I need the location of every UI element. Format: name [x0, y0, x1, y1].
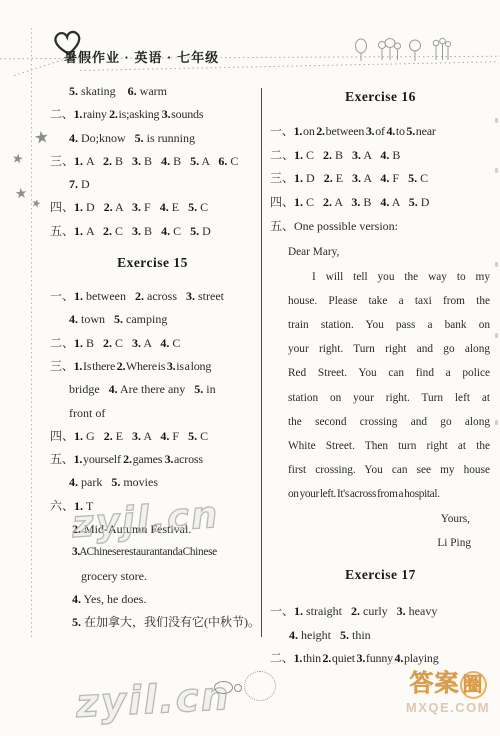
answer-row: 5. skating 6. warm — [50, 80, 255, 103]
answer-row: 4. town 5. camping — [50, 308, 255, 331]
page-edge-mark — [495, 118, 498, 123]
star-icon: ★ — [11, 151, 25, 166]
trees-doodle-icon — [352, 36, 457, 69]
answer-row: 二、1. B 2. C 3. A 4. C — [50, 332, 255, 355]
answer-row: 四、1. G 2. E 3. A 4. F 5. C — [50, 425, 255, 448]
page-title: 暑假作业 · 英语 · 七年级 — [64, 47, 219, 66]
thought-bubble-icon — [244, 671, 276, 701]
thought-bubble-icon — [214, 681, 233, 694]
answer-row: 二、1. thin 2. quiet 3. funny 4. playing — [270, 647, 491, 671]
letter-block: Dear Mary, I will tell you the way to my… — [288, 240, 490, 554]
logo-text: 答案圈 — [398, 670, 498, 699]
answer-row: bridge 4. Are there any 5. in — [50, 378, 255, 401]
letter-line: the second crossing and go along — [288, 410, 490, 434]
answer-column-right: Exercise 16 一、1. on 2. between 3. of 4. … — [270, 86, 491, 671]
page-edge-mark — [495, 333, 498, 338]
answer-row: 4. Yes, he does. — [50, 588, 255, 611]
answer-row: 一、1. between 2. across 3. street — [50, 285, 255, 308]
answer-row: 四、1. C 2. A 3. B 4. A 5. D — [270, 191, 491, 215]
letter-salutation: Dear Mary, — [288, 240, 490, 264]
answer-column-left: 5. skating 6. warm 二、1. rainy 2. is;aski… — [50, 80, 255, 635]
dotted-line-vertical — [31, 28, 32, 640]
letter-line: train station. You pass a bank on — [288, 313, 490, 337]
answer-row: 4. Do;know 5. is running — [50, 127, 255, 150]
letter-line: I will tell you the way to my — [288, 265, 490, 289]
exercise-heading: Exercise 17 — [270, 564, 491, 586]
column-divider — [261, 88, 262, 637]
answer-row: 三、1. D 2. E 3. A 4. F 5. C — [270, 167, 491, 191]
answer-row: 五、One possible version: — [270, 215, 491, 239]
scanned-answer-page: 暑假作业 · 英语 · 七年级 ★ ★ ★ ★ 5. skating 6. wa… — [0, 0, 500, 736]
page-edge-mark — [495, 262, 498, 267]
signature-line: Yours, — [288, 507, 490, 531]
page-edge-mark — [495, 420, 498, 425]
letter-line: your right. Turn right and go along — [288, 337, 490, 361]
star-icon: ★ — [30, 198, 42, 211]
letter-line: house. Please take a taxi from the — [288, 289, 490, 313]
signature-line: Li Ping — [288, 531, 490, 555]
answer-row: 二、1. C 2. B 3. A 4. B — [270, 144, 491, 168]
answer-row: 4. height 5. thin — [270, 624, 491, 648]
star-icon: ★ — [33, 128, 50, 147]
page-edge-mark — [495, 168, 498, 173]
exercise-heading: Exercise 16 — [270, 86, 491, 108]
answer-row: 三、1. A 2. B 3. B 4. B 5. A 6. C — [50, 150, 255, 173]
answer-row: front of — [50, 402, 255, 425]
exercise-heading: Exercise 15 — [50, 252, 255, 274]
answer-row: 一、1. on 2. between 3. of 4. to 5. near — [270, 120, 491, 144]
star-icon: ★ — [14, 187, 28, 202]
answer-row: 二、1. rainy 2. is;asking 3. sounds — [50, 103, 255, 126]
letter-line: Red Street. You can find a police — [288, 361, 490, 385]
letter-line: station on your right. Turn left at — [288, 386, 490, 410]
site-logo: 答案圈 MXQE.COM — [398, 670, 498, 715]
answer-row: 五、1. yourself 2. games 3. across — [50, 448, 255, 471]
answer-row: grocery store. — [50, 565, 255, 588]
answer-row: 7. D — [50, 173, 255, 196]
answer-row: 五、1. A 2. C 3. B 4. C 5. D — [50, 220, 255, 243]
answer-row: 四、1. D 2. A 3. F 4. E 5. C — [50, 196, 255, 219]
letter-line: White Street. Then turn right at the — [288, 434, 490, 458]
answer-row: 5. 在加拿大，我们没有它(中秋节)。 — [50, 611, 255, 634]
logo-site-url: MXQE.COM — [398, 700, 498, 715]
answer-row: 4. park 5. movies — [50, 471, 255, 494]
watermark-text: zyil.cn — [75, 674, 232, 727]
answer-row: 一、1. straight 2. curly 3. heavy — [270, 600, 491, 624]
logo-circle-badge: 圈 — [460, 671, 487, 699]
answer-row: 三、1. Is there 2. Where is 3. is a long — [50, 355, 255, 378]
letter-line: first crossing. You can see my house — [288, 458, 490, 482]
thought-bubble-icon — [234, 684, 242, 692]
letter-line: on your left. It's across from a hospita… — [288, 482, 490, 506]
